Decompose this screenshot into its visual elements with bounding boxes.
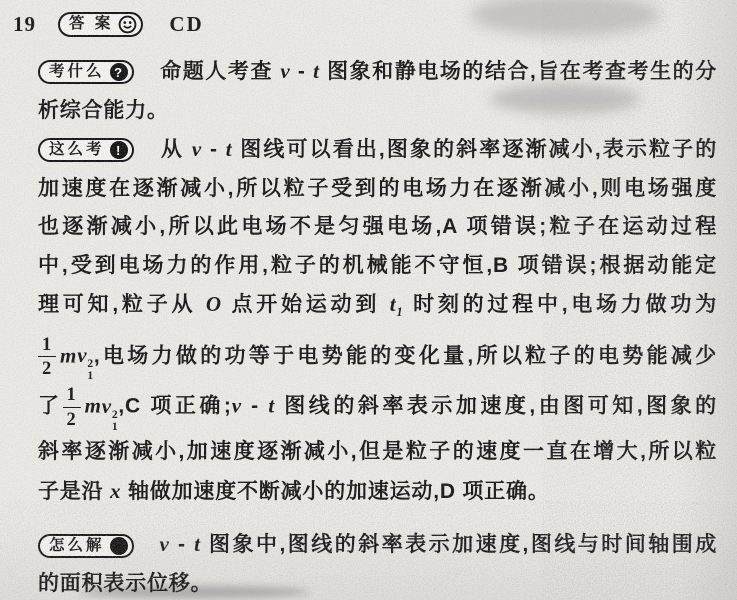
text-line: 考什么?命题人考查 v - t 图象和静电场的结合,旨在考查考生的分 bbox=[38, 52, 717, 92]
solid-dot-icon bbox=[110, 537, 128, 555]
section-zenme-jie: 怎么解v - t 图象中,图线的斜率表示加速度,图线与时间轴围成的面积表示位移。 bbox=[0, 525, 737, 600]
question-mark-icon: ? bbox=[110, 63, 128, 81]
text-line: 中,受到电场力的作用,粒子的机械能不守恒,B 项错误;根据动能定 bbox=[38, 247, 717, 286]
answer-badge-label: 答 案 bbox=[69, 15, 113, 33]
answer-badge: 答 案 bbox=[58, 12, 143, 37]
smiley-face-icon bbox=[118, 15, 137, 34]
text-line: 这么考!从 v - t 图线可以看出,图象的斜率逐渐减小,表示粒子的 bbox=[38, 130, 717, 170]
section-zheme-kao: 这么考!从 v - t 图线可以看出,图象的斜率逐渐减小,表示粒子的加速度在逐渐… bbox=[0, 130, 737, 511]
text-line: 加速度在逐渐减小,所以粒子受到的电场力在逐渐减小,则电场强度 bbox=[38, 170, 717, 209]
answer-row: 19 答 案 CD bbox=[0, 8, 737, 40]
badge-how_tested: 这么考! bbox=[38, 138, 134, 162]
fraction: 12 bbox=[63, 384, 81, 430]
scanned-answer-page: 19 答 案 CD 考什么?命题人考查 v - t 图象和静电场的结合,旨在考查… bbox=[0, 0, 737, 600]
text-line: 也逐渐减小,所以此电场不是匀强电场,A 项错误;粒子在运动过程 bbox=[38, 208, 717, 247]
text-line: 析综合能力。 bbox=[38, 92, 717, 131]
text-line: 理可知,粒子从 O 点开始运动到 t1 时刻的过程中,电场力做功为 bbox=[38, 285, 717, 332]
text-line: 斜率逐渐减小,加速度逐渐减小,但是粒子的速度一直在增大,所以粒 bbox=[38, 433, 717, 472]
badge-what: 考什么? bbox=[38, 60, 134, 84]
text-line: 12mv21,电场力做的功等于电势能的变化量,所以粒子的电势能减少 bbox=[38, 332, 717, 383]
text-line: 的面积表示位移。 bbox=[38, 565, 717, 600]
answer-value: CD bbox=[169, 12, 203, 37]
fraction: 12 bbox=[38, 334, 56, 380]
badge-how_solve: 怎么解 bbox=[38, 534, 134, 558]
exclamation-mark-icon: ! bbox=[110, 141, 128, 159]
text-line: 子是沿 x 轴做加速度不断减小的加速运动,D 项正确。 bbox=[38, 472, 717, 512]
text-line: 怎么解v - t 图象中,图线的斜率表示加速度,图线与时间轴围成 bbox=[38, 525, 717, 565]
text-line: 了12mv21,C 项正确;v - t 图线的斜率表示加速度,由图可知,图象的 bbox=[38, 382, 717, 433]
question-number: 19 bbox=[13, 12, 36, 37]
section-kao-shenme: 考什么?命题人考查 v - t 图象和静电场的结合,旨在考查考生的分析综合能力。 bbox=[0, 52, 737, 130]
